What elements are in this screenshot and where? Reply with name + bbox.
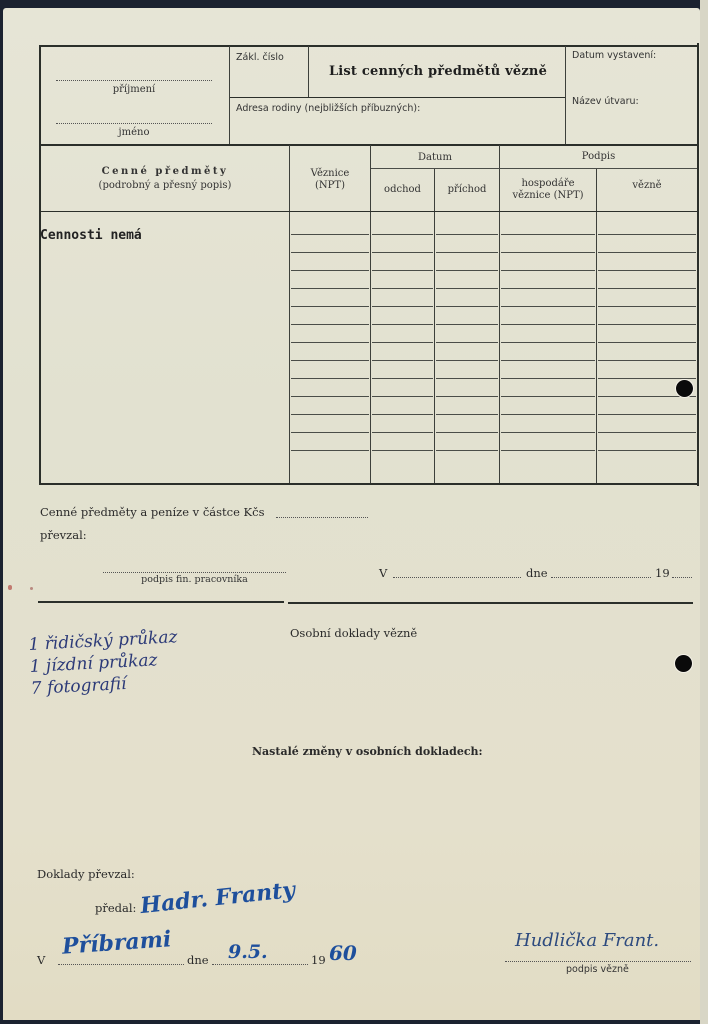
row-rule: [501, 234, 595, 235]
handover-year-prefix: 19: [311, 953, 326, 967]
col-divider-departure: [370, 145, 371, 485]
row-rule: [436, 432, 498, 433]
table-header-bottom: [40, 211, 697, 212]
row-rule: [501, 252, 595, 253]
row-rule: [436, 360, 498, 361]
row-rule: [598, 288, 696, 289]
col-manager: hospodáře věznice (NPT): [505, 178, 591, 202]
prisoner-signature: Hudlička Frant.: [515, 930, 659, 951]
row-rule: [598, 270, 696, 271]
col-departure: odchod: [371, 184, 434, 195]
header-divider-1: [229, 46, 230, 144]
stain: [30, 587, 33, 590]
handover-year-value: 60: [329, 941, 357, 965]
prisoner-signature-label: podpis vězně: [566, 964, 629, 975]
row-rule: [501, 432, 595, 433]
row-rule: [501, 360, 595, 361]
issue-date-label: Datum vystavení:: [572, 50, 656, 61]
given-name-label: jméno: [56, 127, 212, 138]
row-rule: [372, 414, 433, 415]
row-rule: [291, 342, 369, 343]
row-rule: [291, 450, 369, 451]
money-year-line[interactable]: [672, 577, 692, 578]
row-rule: [436, 324, 498, 325]
family-address-label: Adresa rodiny (nejbližších příbuzných):: [236, 103, 420, 114]
row-rule: [436, 270, 498, 271]
row-rule: [501, 378, 595, 379]
row-rule: [436, 396, 498, 397]
money-date-line[interactable]: [551, 577, 651, 578]
row-rule: [436, 342, 498, 343]
row-rule: [291, 396, 369, 397]
row-rule: [436, 378, 498, 379]
money-amount-line[interactable]: [276, 517, 368, 518]
header-divider-2: [308, 46, 309, 97]
row-rule: [291, 378, 369, 379]
table-bottom-border: [40, 483, 698, 485]
row-rule: [372, 252, 433, 253]
row-rule: [372, 378, 433, 379]
row-rule: [436, 450, 498, 451]
row-rule: [372, 342, 433, 343]
row-rule: [598, 252, 696, 253]
row-rule: [372, 450, 433, 451]
row-rule: [372, 396, 433, 397]
row-rule: [501, 306, 595, 307]
row-rule: [598, 234, 696, 235]
header-top-border: [39, 45, 699, 47]
stain: [8, 585, 12, 590]
row-rule: [291, 252, 369, 253]
section-divider-left: [38, 601, 284, 603]
row-rule: [598, 378, 696, 379]
surname-line[interactable]: [56, 80, 212, 81]
money-place-prefix: V: [379, 566, 387, 580]
col-arrival: příchod: [435, 184, 499, 195]
surname-label: příjmení: [56, 84, 212, 95]
row-rule: [598, 414, 696, 415]
handover-date-value: 9.5.: [228, 941, 268, 963]
row-rule: [501, 414, 595, 415]
handed-label: předal:: [95, 901, 136, 915]
group-header-line: [371, 168, 697, 169]
header-mid-line: [230, 97, 565, 98]
row-rule: [501, 270, 595, 271]
row-rule: [598, 324, 696, 325]
group-date: Datum: [371, 152, 499, 163]
table-right-border: [697, 43, 699, 486]
col-prison: Věznice (NPT): [296, 168, 364, 192]
handover-date-word: dne: [187, 953, 209, 967]
row-rule: [501, 288, 595, 289]
header-divider-3: [565, 46, 566, 144]
handover-date-line[interactable]: [212, 964, 308, 965]
row-rule: [598, 432, 696, 433]
handover-place-prefix: V: [37, 953, 45, 967]
col-prisoner: vězně: [597, 180, 697, 191]
row-rule: [372, 288, 433, 289]
row-rule: [372, 306, 433, 307]
typed-entry: Cennosti nemá: [40, 228, 142, 243]
table-left-border: [39, 45, 41, 485]
row-rule: [372, 360, 433, 361]
row-rule: [436, 234, 498, 235]
row-rule: [501, 396, 595, 397]
changes-heading: Nastalé změny v osobních dokladech:: [252, 745, 483, 758]
finance-signature-line[interactable]: [103, 572, 286, 573]
punch-hole-lower: [675, 655, 692, 672]
documents-received-label: Doklady převzal:: [37, 867, 135, 881]
row-rule: [372, 234, 433, 235]
row-rule: [372, 324, 433, 325]
row-rule: [598, 306, 696, 307]
col-divider-manager: [499, 145, 500, 485]
row-rule: [598, 342, 696, 343]
row-rule: [291, 270, 369, 271]
money-year-prefix: 19: [655, 566, 670, 580]
row-rule: [291, 306, 369, 307]
row-rule: [501, 342, 595, 343]
money-place-line[interactable]: [393, 577, 521, 578]
row-rule: [501, 324, 595, 325]
row-rule: [436, 414, 498, 415]
documents-heading: Osobní doklady vězně: [290, 626, 417, 640]
handwritten-documents-list: 1 řidičský průkaz 1 jízdní průkaz 7 foto…: [28, 626, 180, 700]
row-rule: [436, 306, 498, 307]
col-items-title: Cenné předměty: [42, 166, 288, 177]
row-rule: [501, 450, 595, 451]
prisoner-signature-line[interactable]: [505, 961, 691, 962]
row-rule: [291, 432, 369, 433]
handover-place-line[interactable]: [58, 964, 184, 965]
row-rule: [598, 360, 696, 361]
unit-name-label: Název útvaru:: [572, 96, 639, 107]
finance-signature-label: podpis fin. pracovníka: [103, 574, 286, 585]
form-title: List cenných předmětů vězně: [318, 64, 558, 79]
col-items-subtitle: (podrobný a přesný popis): [42, 180, 288, 191]
section-divider-right: [288, 602, 693, 604]
money-date-word: dne: [526, 566, 548, 580]
col-divider-prisoner: [596, 168, 597, 485]
header-bottom-border: [39, 144, 699, 146]
row-rule: [372, 432, 433, 433]
row-rule: [291, 234, 369, 235]
money-line: Cenné předměty a peníze v částce Kčs: [40, 505, 264, 519]
punch-hole-upper: [676, 380, 693, 397]
row-rule: [436, 288, 498, 289]
row-rule: [291, 288, 369, 289]
row-rule: [372, 270, 433, 271]
row-rule: [291, 324, 369, 325]
row-rule: [291, 360, 369, 361]
col-divider-prison: [289, 145, 290, 485]
group-signature: Podpis: [500, 151, 697, 162]
row-rule: [436, 252, 498, 253]
page-edge: [700, 0, 708, 1024]
money-received-label: převzal:: [40, 528, 87, 542]
base-number-label: Zákl. číslo: [236, 52, 284, 63]
given-name-line[interactable]: [56, 123, 212, 124]
row-rule: [291, 414, 369, 415]
row-rule: [598, 450, 696, 451]
col-divider-arrival: [434, 168, 435, 485]
